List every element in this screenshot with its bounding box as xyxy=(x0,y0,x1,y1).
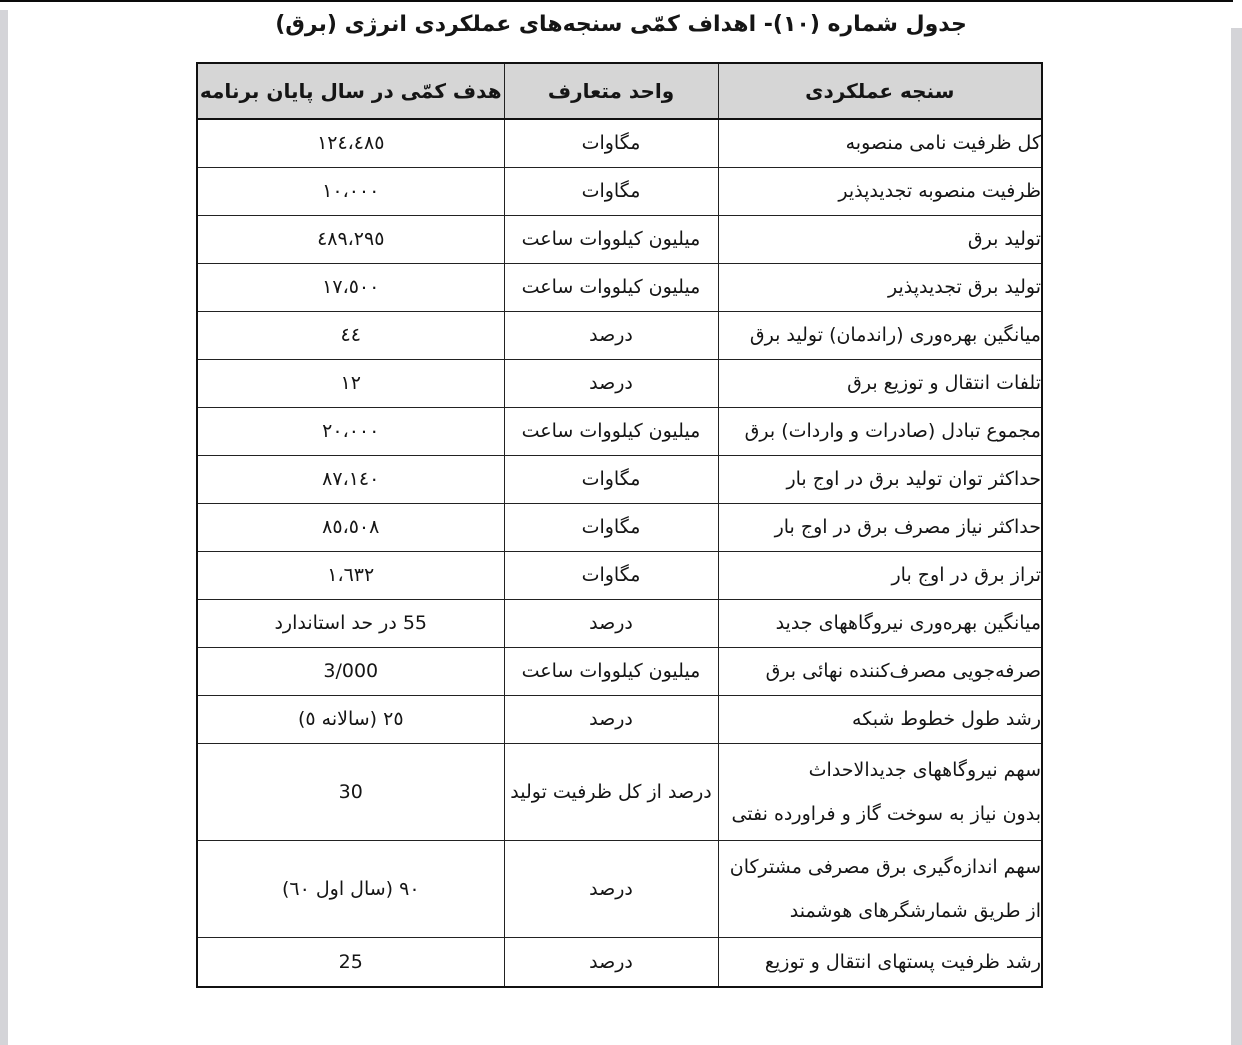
metric-cell: صرفه‌جویی مصرف‌کننده نهائی برق xyxy=(718,647,1042,695)
metric-cell: حداکثر نیاز مصرف برق در اوج بار xyxy=(718,503,1042,551)
table-row: سهم اندازه‌گیری برق مصرفی مشترکان از طری… xyxy=(197,840,1042,937)
unit-cell: درصد xyxy=(504,937,718,987)
table-row: تلفات انتقال و توزیع برق درصد ١٢ xyxy=(197,359,1042,407)
right-edge-strip xyxy=(1231,28,1242,1045)
header-cell-unit: واحد متعارف xyxy=(504,63,718,119)
metric-cell: تولید برق تجدیدپذیر xyxy=(718,263,1042,311)
unit-cell: مگاوات xyxy=(504,455,718,503)
value-cell: ١،٦٣٢ xyxy=(197,551,504,599)
unit-cell: میلیون کیلووات ساعت xyxy=(504,407,718,455)
page-title: جدول شماره (۱۰)- اهداف کمّی سنجه‌های عمل… xyxy=(0,12,1242,37)
value-cell: 30 xyxy=(197,743,504,840)
unit-cell: درصد xyxy=(504,695,718,743)
metric-cell: سهم اندازه‌گیری برق مصرفی مشترکان از طری… xyxy=(718,840,1042,937)
table-row: سهم نیروگاههای جدیدالاحداث بدون نیاز به … xyxy=(197,743,1042,840)
value-cell: 55 در حد استاندارد xyxy=(197,599,504,647)
unit-cell: مگاوات xyxy=(504,503,718,551)
table-row: تولید برق تجدیدپذیر میلیون کیلووات ساعت … xyxy=(197,263,1042,311)
value-cell: ٨٧،١٤٠ xyxy=(197,455,504,503)
metric-cell: کل ظرفیت نامی منصوبه xyxy=(718,119,1042,167)
unit-cell: مگاوات xyxy=(504,551,718,599)
table-header-row: سنجه عملکردی واحد متعارف هدف کمّی در سال… xyxy=(197,63,1042,119)
unit-cell: مگاوات xyxy=(504,167,718,215)
metric-cell: میانگین بهره‌وری (راندمان) تولید برق xyxy=(718,311,1042,359)
table-row: کل ظرفیت نامی منصوبه مگاوات ١٢٤،٤٨٥ xyxy=(197,119,1042,167)
unit-cell: درصد xyxy=(504,311,718,359)
table-row: صرفه‌جویی مصرف‌کننده نهائی برق میلیون کی… xyxy=(197,647,1042,695)
metric-cell: ظرفیت منصوبه تجدیدپذیر xyxy=(718,167,1042,215)
unit-cell: میلیون کیلووات ساعت xyxy=(504,647,718,695)
header-cell-metric: سنجه عملکردی xyxy=(718,63,1042,119)
metric-line-1: سهم نیروگاههای جدیدالاحداث xyxy=(719,748,1042,792)
performance-metrics-table: سنجه عملکردی واحد متعارف هدف کمّی در سال… xyxy=(196,62,1043,988)
metric-cell: تولید برق xyxy=(718,215,1042,263)
value-cell: ١٧،٥٠٠ xyxy=(197,263,504,311)
table-row: ظرفیت منصوبه تجدیدپذیر مگاوات ١٠،٠٠٠ xyxy=(197,167,1042,215)
unit-cell: میلیون کیلووات ساعت xyxy=(504,215,718,263)
value-cell: 3/000 xyxy=(197,647,504,695)
metric-cell: رشد ظرفیت پستهای انتقال و توزیع xyxy=(718,937,1042,987)
table-row: مجموع تبادل (صادرات و واردات) برق میلیون… xyxy=(197,407,1042,455)
metric-cell: تلفات انتقال و توزیع برق xyxy=(718,359,1042,407)
metric-cell: میانگین بهره‌وری نیروگاههای جدید xyxy=(718,599,1042,647)
metric-line-2: بدون نیاز به سوخت گاز و فراورده نفتی xyxy=(719,792,1042,836)
metric-line-1: سهم اندازه‌گیری برق مصرفی مشترکان xyxy=(719,845,1042,889)
header-cell-target: هدف کمّی در سال پایان برنامه xyxy=(197,63,504,119)
unit-cell: میلیون کیلووات ساعت xyxy=(504,263,718,311)
table-row: حداکثر توان تولید برق در اوج بار مگاوات … xyxy=(197,455,1042,503)
left-edge-strip xyxy=(0,10,8,1045)
value-cell: ٤٨٩،٢٩٥ xyxy=(197,215,504,263)
unit-cell: درصد xyxy=(504,840,718,937)
table-row: میانگین بهره‌وری (راندمان) تولید برق درص… xyxy=(197,311,1042,359)
metric-cell: رشد طول خطوط شبکه xyxy=(718,695,1042,743)
unit-cell: مگاوات xyxy=(504,119,718,167)
value-cell: ٢٥ (سالانه ٥) xyxy=(197,695,504,743)
table-row: رشد ظرفیت پستهای انتقال و توزیع درصد 25 xyxy=(197,937,1042,987)
metric-cell: حداکثر توان تولید برق در اوج بار xyxy=(718,455,1042,503)
table-row: میانگین بهره‌وری نیروگاههای جدید درصد 55… xyxy=(197,599,1042,647)
value-cell: ٤٤ xyxy=(197,311,504,359)
table-row: تراز برق در اوج بار مگاوات ١،٦٣٢ xyxy=(197,551,1042,599)
value-cell: ٨٥،٥٠٨ xyxy=(197,503,504,551)
unit-cell: درصد xyxy=(504,599,718,647)
document-page: جدول شماره (۱۰)- اهداف کمّی سنجه‌های عمل… xyxy=(0,0,1242,1045)
metric-cell: تراز برق در اوج بار xyxy=(718,551,1042,599)
table-row: حداکثر نیاز مصرف برق در اوج بار مگاوات ٨… xyxy=(197,503,1042,551)
table-row: تولید برق میلیون کیلووات ساعت ٤٨٩،٢٩٥ xyxy=(197,215,1042,263)
unit-cell: درصد از کل ظرفیت تولید xyxy=(504,743,718,840)
value-cell: 25 xyxy=(197,937,504,987)
metric-cell: مجموع تبادل (صادرات و واردات) برق xyxy=(718,407,1042,455)
top-edge-line xyxy=(0,0,1233,2)
metric-cell: سهم نیروگاههای جدیدالاحداث بدون نیاز به … xyxy=(718,743,1042,840)
value-cell: ١٠،٠٠٠ xyxy=(197,167,504,215)
unit-cell: درصد xyxy=(504,359,718,407)
value-cell: ١٢٤،٤٨٥ xyxy=(197,119,504,167)
table-row: رشد طول خطوط شبکه درصد ٢٥ (سالانه ٥) xyxy=(197,695,1042,743)
metric-line-2: از طریق شمارشگرهای هوشمند xyxy=(719,889,1042,933)
value-cell: ١٢ xyxy=(197,359,504,407)
value-cell: ٩٠ (سال اول ٦٠) xyxy=(197,840,504,937)
value-cell: ٢٠،٠٠٠ xyxy=(197,407,504,455)
